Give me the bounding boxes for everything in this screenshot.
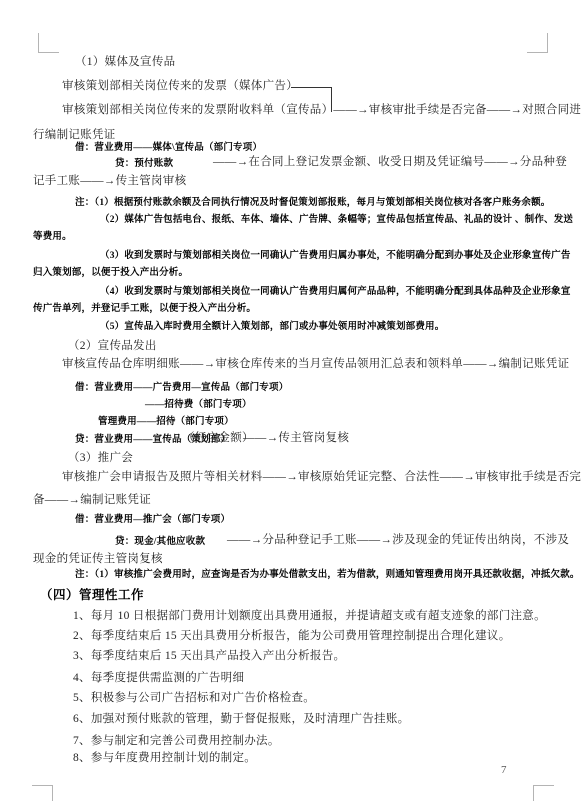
list-item: 3、每季度结束后 15 天出具产品投入产出分析报告。 [73,650,345,663]
note1-4b: 传广告单列，并登记手工账，以便于投入产出分析。 [33,304,256,315]
flow1-line2-text: 审核策划部相关岗位传来的发票附收料单（宣传品） [62,104,333,116]
flow1-line2: 审核策划部相关岗位传来的发票附收料单（宣传品）——→审核审批手续是否完备——→对… [62,104,581,117]
page-number: 7 [501,764,507,776]
flow1-line1: 审核策划部相关岗位传来的发票（媒体广告） [62,80,298,93]
note1-4a: （4）收到发票时与策划部相关岗位一同确认广告费用归属何产品品种，不能明确分配到具… [100,287,571,298]
margin-mark-bottom-left-icon [32,785,53,801]
list-item: 1、每月 10 日根据部门费用计划额度出具费用通报，并提请超支或有超支迹象的部门… [73,610,546,623]
list-item: 6、加强对预付账款的管理，勤于督促报账，及时清理广告挂账。 [73,713,409,726]
entry2-debit2: ——招待费（部门专项） [145,400,252,411]
list-item: 5、积极参与公司广告招标和对广告价格检查。 [73,692,315,705]
flow1-line2-arrows: ——→审核审批手续是否完备——→对照合同进 [333,104,581,116]
entry1-flow-wrap: 记手工账——→传主管岗审核 [33,175,186,188]
entry1-credit-line: 贷：预付账款 [115,159,173,170]
margin-mark-top-left-icon [38,33,59,53]
note1-3b: 归入策划部，以便于投入产出分析。 [33,268,188,279]
entry2-debit1: 借：营业费用——广告费用—宣传品（部门专项） [75,383,288,394]
section2-heading: （2）宣传品发出 [68,340,157,353]
flow2-line1: 审核宣传品仓库明细账——→审核仓库传来的当月宣传品领用汇总表和领料单——→编制记… [62,358,569,371]
note1-2b: 等费用。 [33,232,72,243]
entry1-credit-flow: ——→在合同上登记发票金额、收受日期及凭证编号——→分品种登 [213,156,567,169]
list-item: 8、参与年度费用控制计划的制定。 [73,752,256,765]
list-item: 4、每季度提供需监测的广告明细 [73,672,244,685]
flow3-line1: 审核推广会申请报告及照片等相关材料——→审核原始凭证完整、合法性——→审核审批手… [62,471,581,484]
note3-1: 注：（1）审核推广会费用时，应查询是否为办事处借款支出，若为借款，则通知管理费用… [75,570,580,581]
note1-5: （5）宣传品入库时费用全额计入策划部，部门或办事处领用时冲减策划部费用。 [100,322,444,333]
margin-mark-bottom-right-icon [533,785,554,801]
note1-2a: （2）媒体广告包括电台、报纸、车体、墙体、广告牌、条幅等；宣传品包括宣传品、礼品… [100,215,573,226]
section3-heading: （3）推广会 [68,452,133,465]
entry3-flow-wrap: 现金的凭证传主管岗复核 [33,553,163,566]
entry3-credit: 贷：现金/其他应收款 [115,537,205,548]
document-page: （1）媒体及宣传品 审核策划部相关岗位传来的发票（媒体广告） 审核策划部相关岗位… [0,0,585,807]
entry3-debit: 借：营业费用—推广会（部门专项） [75,515,230,526]
note1-3a: （3）收到发票时与策划部相关岗位一同确认广告费用归属办事处，不能明确分配到办事处… [100,251,571,262]
list-item: 7、参与制定和完善公司费用控制办法。 [73,735,280,748]
section4-heading: （四）管理性工作 [40,588,144,602]
margin-mark-top-right-icon [527,33,548,53]
list-item: 2、每季度结束后 15 天出具费用分析报告，能为公司费用管理控制提出合理化建议。 [73,630,511,643]
entry2-credit-flow: ——→传主管岗复核 [243,432,349,445]
flow1-line3: 行编制记账凭证 [33,129,116,142]
entry1-debit-line: 借：营业费用——媒体\宣传品（部门专项） [75,143,262,154]
flow3-line2: 备——→编制记账凭证 [33,494,151,507]
note1-1: 注：（1）根据预付账款余额及合同执行情况及时督促策划部报账，每月与策划部相关岗位… [75,198,551,209]
entry3-credit-flow: ——→分品种登记手工账——→涉及现金的凭证传出纳岗，不涉及 [227,534,569,547]
entry2-debit3: 管理费用——招待（部门专项） [98,417,234,428]
section1-heading: （1）媒体及宣传品 [75,56,175,69]
